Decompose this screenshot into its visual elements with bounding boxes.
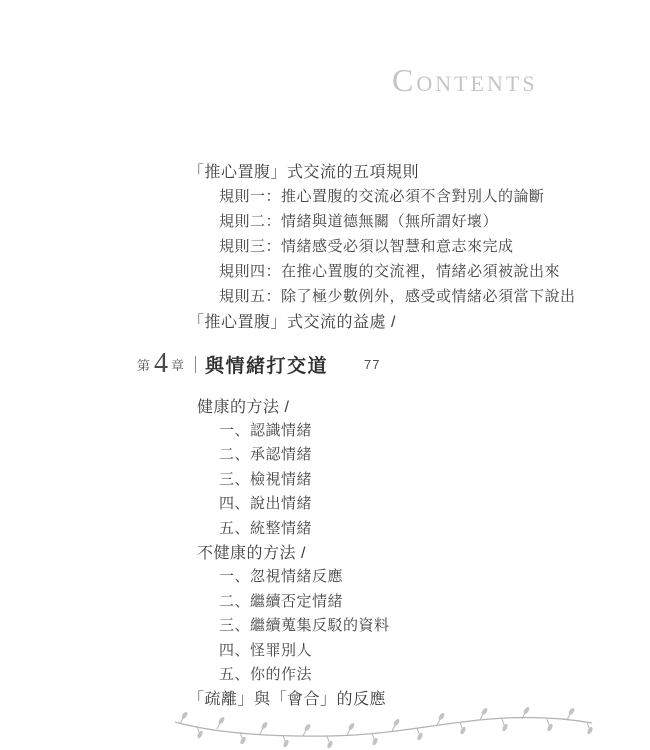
contents-title: Contents: [392, 64, 538, 96]
toc-entry: 「推心置腹」式交流的益處 /: [0, 308, 650, 333]
toc-entry: 五、你的作法: [0, 661, 650, 685]
toc-entry: 規則五：除了極少數例外，感受或情緒必須當下說出: [0, 283, 650, 308]
vine-decoration: [0, 695, 650, 750]
toc-entry: 二、繼續否定情緒: [0, 588, 650, 612]
chapter-prefix: 第: [137, 355, 151, 374]
toc-entry: 「推心置腹」式交流的五項規則: [0, 158, 650, 183]
toc-section-chapter4: 健康的方法 / 一、認識情緒 二、承認情緒 三、檢視情緒 四、說出情緒 五、統整…: [0, 393, 650, 710]
chapter-title: 與情緒打交道: [205, 351, 328, 378]
toc-entry: 規則一：推心置腹的交流必須不含對別人的論斷: [0, 183, 650, 208]
toc-entry: 健康的方法 /: [0, 393, 650, 417]
toc-section-rules: 「推心置腹」式交流的五項規則 規則一：推心置腹的交流必須不含對別人的論斷 規則二…: [0, 158, 650, 333]
toc-entry: 不健康的方法 /: [0, 539, 650, 563]
toc-entry: 規則二：情緒與道德無關（無所謂好壞）: [0, 208, 650, 233]
book-contents-page: Contents 「推心置腹」式交流的五項規則 規則一：推心置腹的交流必須不含對…: [0, 0, 650, 750]
chapter-number: 4: [154, 350, 168, 378]
toc-entry: 三、檢視情緒: [0, 466, 650, 490]
toc-entry: 四、怪罪別人: [0, 637, 650, 661]
chapter-page-number: 77: [364, 357, 380, 372]
toc-entry: 規則四：在推心置腹的交流裡，情緒必須被說出來: [0, 258, 650, 283]
toc-entry: 二、承認情緒: [0, 442, 650, 466]
chapter-4-heading: 第 4 章 與情緒打交道 77: [137, 348, 381, 380]
toc-entry: 規則三：情緒感受必須以智慧和意志來完成: [0, 233, 650, 258]
chapter-suffix: 章: [171, 355, 185, 374]
toc-entry: 五、統整情緒: [0, 515, 650, 539]
toc-entry: 三、繼續蒐集反駁的資料: [0, 613, 650, 637]
chapter-divider: [195, 356, 196, 373]
toc-entry: 一、認識情緒: [0, 417, 650, 441]
toc-entry: 四、說出情緒: [0, 491, 650, 515]
toc-entry: 一、忽視情緒反應: [0, 564, 650, 588]
